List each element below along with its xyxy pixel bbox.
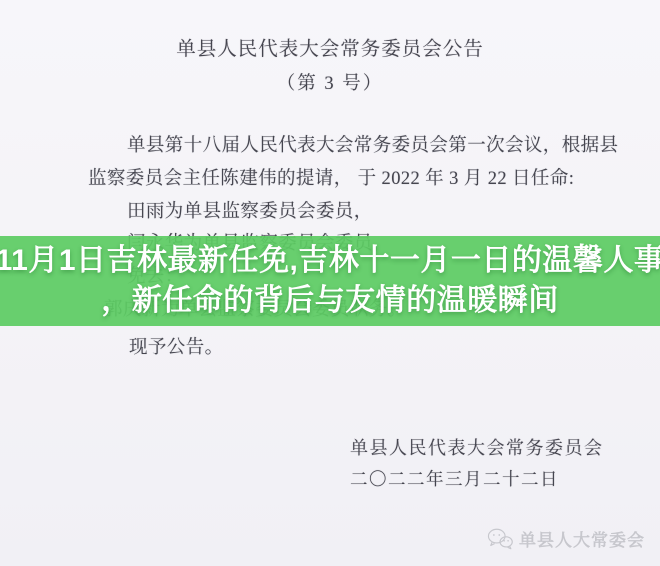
wechat-icon bbox=[487, 527, 513, 551]
appointment-line-1: 田雨为单县监察委员会委员， bbox=[127, 197, 373, 223]
intro-line-1: 单县第十八届人民代表大会常务委员会第一次会议，根据县 bbox=[127, 131, 618, 157]
watermark: 单县人大常委会 bbox=[487, 526, 645, 551]
scanned-announcement-image: 单县人民代表大会常务委员会公告 （第 3 号） 单县第十八届人民代表大会常务委员… bbox=[0, 0, 660, 566]
caption-line-2: ，新任命的背后与友情的温暖瞬间 bbox=[101, 281, 559, 321]
caption-banner: 11月1日吉林最新任免,吉林十一月一日的温馨人事 ，新任命的背后与友情的温暖瞬间 bbox=[0, 236, 660, 326]
signature-org: 单县人民代表大会常务委员会 bbox=[350, 434, 604, 460]
caption-line-1: 11月1日吉林最新任免,吉林十一月一日的温馨人事 bbox=[0, 241, 660, 281]
document-number: （第 3 号） bbox=[0, 69, 660, 95]
document-title: 单县人民代表大会常务委员会公告 bbox=[0, 33, 660, 61]
watermark-label: 单县人大常委会 bbox=[519, 526, 645, 551]
intro-line-2: 监察委员会主任陈建伟的提请， 于 2022 年 3 月 22 日任命: bbox=[88, 164, 574, 190]
signature-date: 二〇二二年三月二十二日 bbox=[350, 466, 559, 491]
closing-line: 现予公告。 bbox=[129, 333, 224, 359]
